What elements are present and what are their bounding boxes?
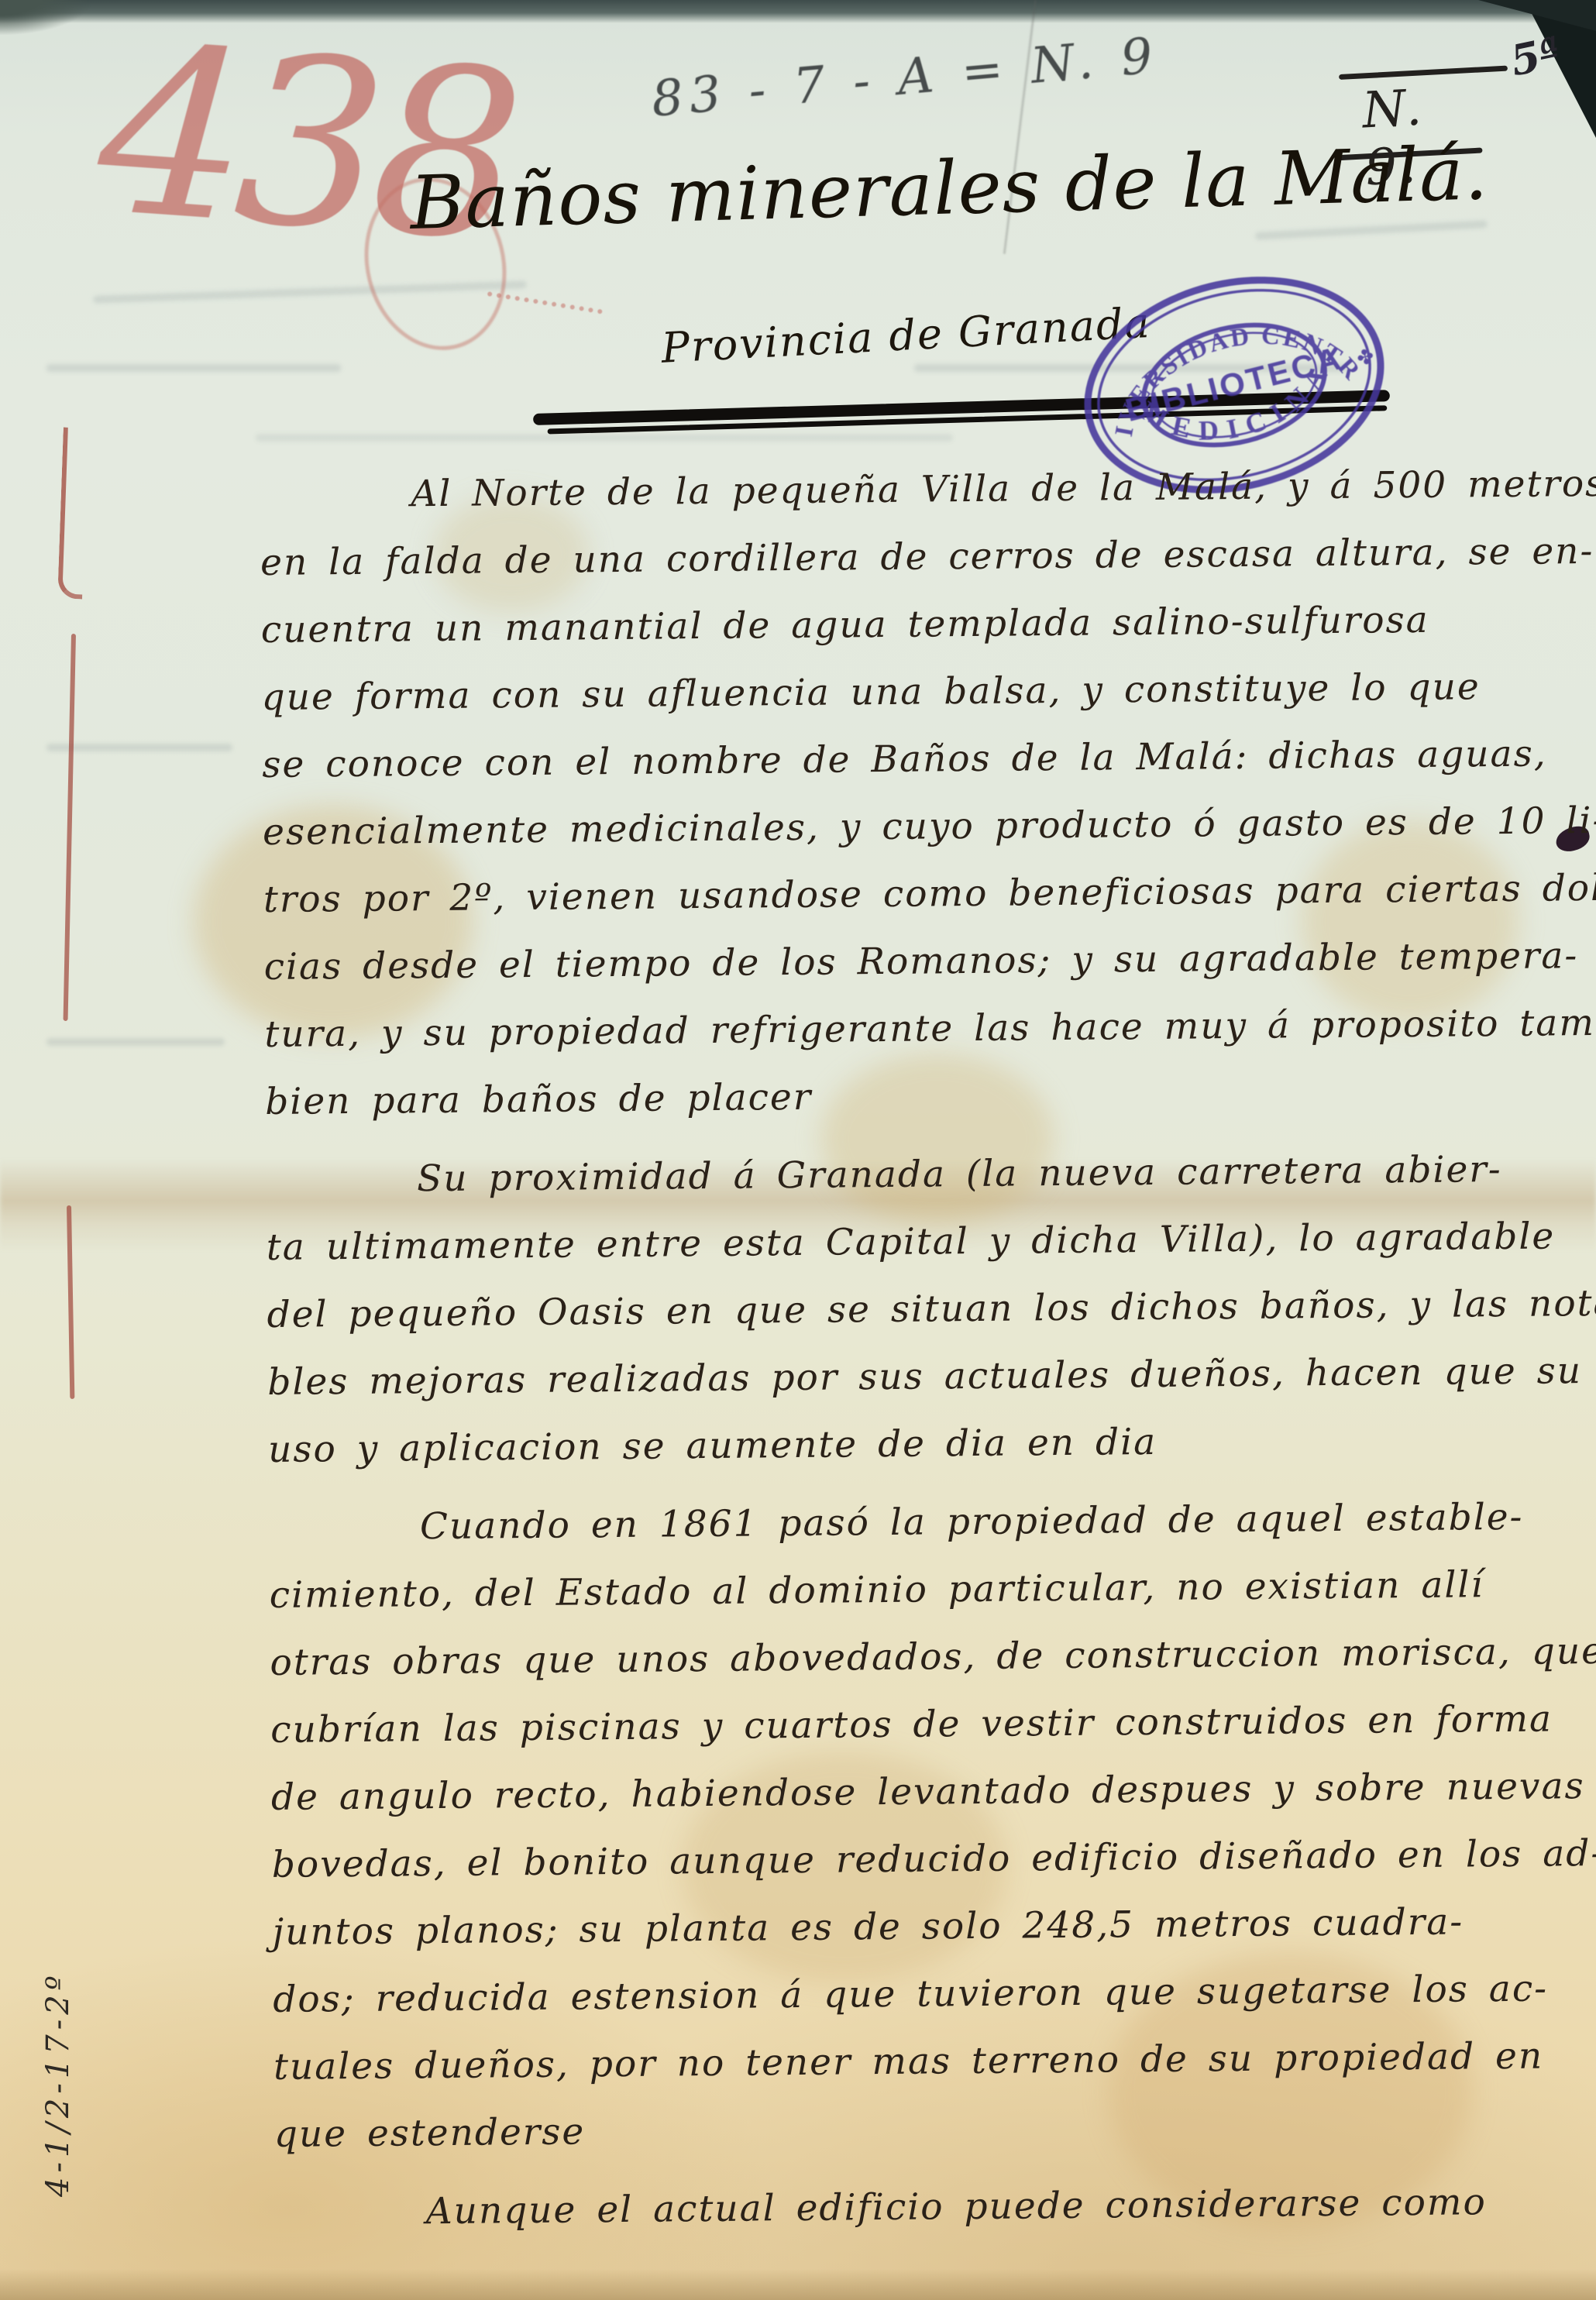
manuscript-line: que estenderse xyxy=(273,2089,1596,2168)
manuscript-line: Al Norte de la pequeña Villa de la Malá,… xyxy=(260,450,1596,529)
manuscript-line: tros por 2º, vienen usandose como benefi… xyxy=(263,854,1596,933)
manuscript-line: cimiento, del Estado al dominio particul… xyxy=(269,1550,1596,1629)
manuscript-line: esencialmente medicinales, y cuyo produc… xyxy=(263,787,1596,866)
manuscript-page: 438 83 - 7 - A = N. 9 N. 9. 5ª Baños min… xyxy=(0,0,1596,2300)
manuscript-line: dos; reducida estension á que tuvieron q… xyxy=(273,1954,1596,2034)
manuscript-line: bles mejoras realizadas por sus actuales… xyxy=(267,1337,1596,1416)
manuscript-line: que forma con su afluencia una balsa, y … xyxy=(261,652,1596,731)
manuscript-line: juntos planos; su planta es de solo 248,… xyxy=(272,1887,1596,1966)
bottom-edge-shadow xyxy=(0,2269,1596,2300)
show-through-line xyxy=(46,744,232,751)
manuscript-line: bovedas, el bonito aunque reducido edifi… xyxy=(271,1820,1596,1899)
number-box-rule-top xyxy=(1339,66,1508,80)
manuscript-line: se conoce con el nombre de Baños de la M… xyxy=(262,720,1596,799)
manuscript-line: bien para baños de placer xyxy=(265,1057,1596,1136)
manuscript-line: tura, y su propiedad refrigerante las ha… xyxy=(264,989,1596,1068)
red-binding-thread xyxy=(57,428,88,600)
manuscript-body: Al Norte de la pequeña Villa de la Malá,… xyxy=(260,450,1596,2247)
manuscript-line: Cuando en 1861 pasó la propiedad de aque… xyxy=(269,1483,1596,1562)
scanner-edge-corner xyxy=(0,0,93,36)
show-through-line xyxy=(1255,220,1488,240)
red-binding-thread xyxy=(64,634,76,1021)
manuscript-line: tuales dueños, por no tener mas terreno … xyxy=(273,2022,1596,2101)
show-through-line xyxy=(46,364,341,372)
manuscript-line: uso y aplicacion se aumente de dia en di… xyxy=(268,1404,1596,1483)
corner-note: 5ª xyxy=(1506,27,1565,86)
manuscript-line: en la falda de una cordillera de cerros … xyxy=(260,517,1596,596)
manuscript-line: cubrían las piscinas y cuartos de vestir… xyxy=(270,1685,1596,1764)
manuscript-line: otras obras que unos abovedados, de cons… xyxy=(270,1618,1596,1697)
manuscript-line: Su proximidad á Granada (la nueva carret… xyxy=(266,1135,1596,1214)
manuscript-line: de angulo recto, habiendose levantado de… xyxy=(271,1752,1596,1831)
manuscript-line: cias desde el tiempo de los Romanos; y s… xyxy=(263,922,1596,1001)
red-pencil-scribble xyxy=(487,274,606,314)
manuscript-line: del pequeño Oasis en que se situan los d… xyxy=(267,1270,1596,1349)
margin-note-vertical: 4-1/2-17-2º xyxy=(40,1971,76,2197)
manuscript-line: ta ultimamente entre esta Capital y dich… xyxy=(266,1202,1596,1281)
show-through-line xyxy=(46,1038,225,1046)
manuscript-line: Aunque el actual edificio puede consider… xyxy=(274,2168,1596,2247)
show-through-line xyxy=(256,434,953,442)
manuscript-line: cuentra un manantial de agua templada sa… xyxy=(261,585,1596,664)
pencil-shelfmark: 83 - 7 - A = N. 9 xyxy=(649,27,1161,129)
